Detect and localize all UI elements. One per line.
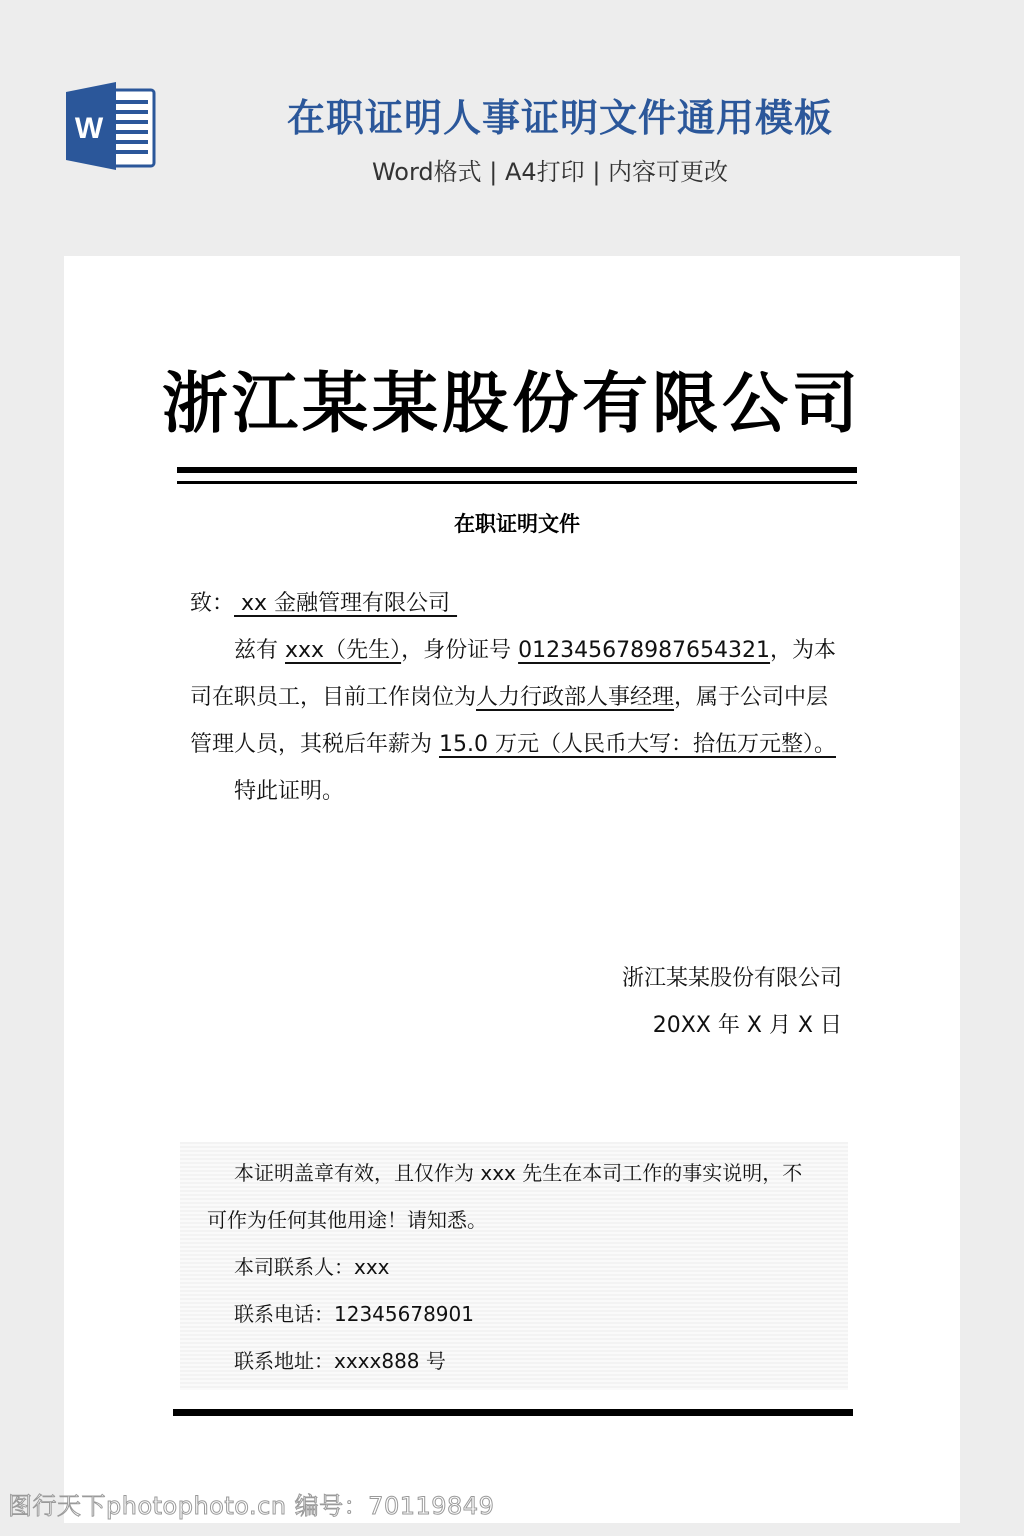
document-title: 在职证明文件 <box>64 509 960 539</box>
notice-box: 本证明盖章有效，且仅作为 xxx 先生在本司工作的事实说明，不 可作为任何其他用… <box>180 1142 848 1390</box>
text-segment: ，属于公司中层 <box>674 685 828 710</box>
word-icon: W <box>64 80 156 172</box>
contact-phone: 联系电话：12345678901 <box>207 1291 874 1338</box>
footer-rule <box>173 1409 853 1416</box>
paragraph-line-1: 兹有 xxx（先生），身份证号 012345678987654321，为本 <box>190 627 850 674</box>
id-number: 012345678987654321 <box>518 638 770 663</box>
notice-line-2: 可作为任何其他用途！请知悉。 <box>207 1197 847 1244</box>
text-segment: ，为本 <box>770 638 836 663</box>
header-rule-thin <box>177 481 857 484</box>
text-segment: 兹有 <box>234 638 278 663</box>
signature-date: 20XX 年 X 月 X 日 <box>653 1002 842 1049</box>
contact-person: 本司联系人：xxx <box>207 1244 874 1291</box>
text-segment: ，身份证号 <box>401 638 511 663</box>
letter-body: 致： xx 金融管理有限公司 兹有 xxx（先生），身份证号 012345678… <box>190 580 850 815</box>
banner-subtitle: Word格式 | A4打印 | 内容可更改 <box>240 154 860 190</box>
contact-address: 联系地址：xxxx888 号 <box>207 1338 874 1385</box>
addressee-line: 致： xx 金融管理有限公司 <box>190 580 850 627</box>
signature-company: 浙江某某股份有限公司 <box>622 955 842 1002</box>
watermark: 图行天下photophoto.cn 编号：70119849 <box>8 1491 494 1521</box>
paragraph-line-2: 司在职员工，目前工作岗位为人力行政部人事经理，属于公司中层 <box>190 674 850 721</box>
notice-line-1: 本证明盖章有效，且仅作为 xxx 先生在本司工作的事实说明，不 <box>207 1150 874 1197</box>
closing-line: 特此证明。 <box>190 768 850 815</box>
paragraph-line-3: 管理人员，其税后年薪为 15.0 万元（人民币大写：拾伍万元整）。 <box>190 721 850 768</box>
addressee-value: xx 金融管理有限公司 <box>234 591 457 616</box>
employee-name: xxx（先生） <box>285 638 401 663</box>
company-header: 浙江某某股份有限公司 <box>64 364 960 444</box>
to-label: 致： <box>190 591 234 616</box>
text-segment: 管理人员，其税后年薪为 <box>190 732 432 757</box>
document-page: 浙江某某股份有限公司 在职证明文件 致： xx 金融管理有限公司 兹有 xxx（… <box>64 256 960 1523</box>
position: 人力行政部人事经理 <box>476 685 674 710</box>
header-rule-thick <box>177 467 857 473</box>
text-segment: 司在职员工，目前工作岗位为 <box>190 685 476 710</box>
svg-text:W: W <box>75 112 104 145</box>
banner-title: 在职证明人事证明文件通用模板 <box>240 92 880 144</box>
salary: 15.0 万元（人民币大写：拾伍万元整）。 <box>439 732 836 757</box>
